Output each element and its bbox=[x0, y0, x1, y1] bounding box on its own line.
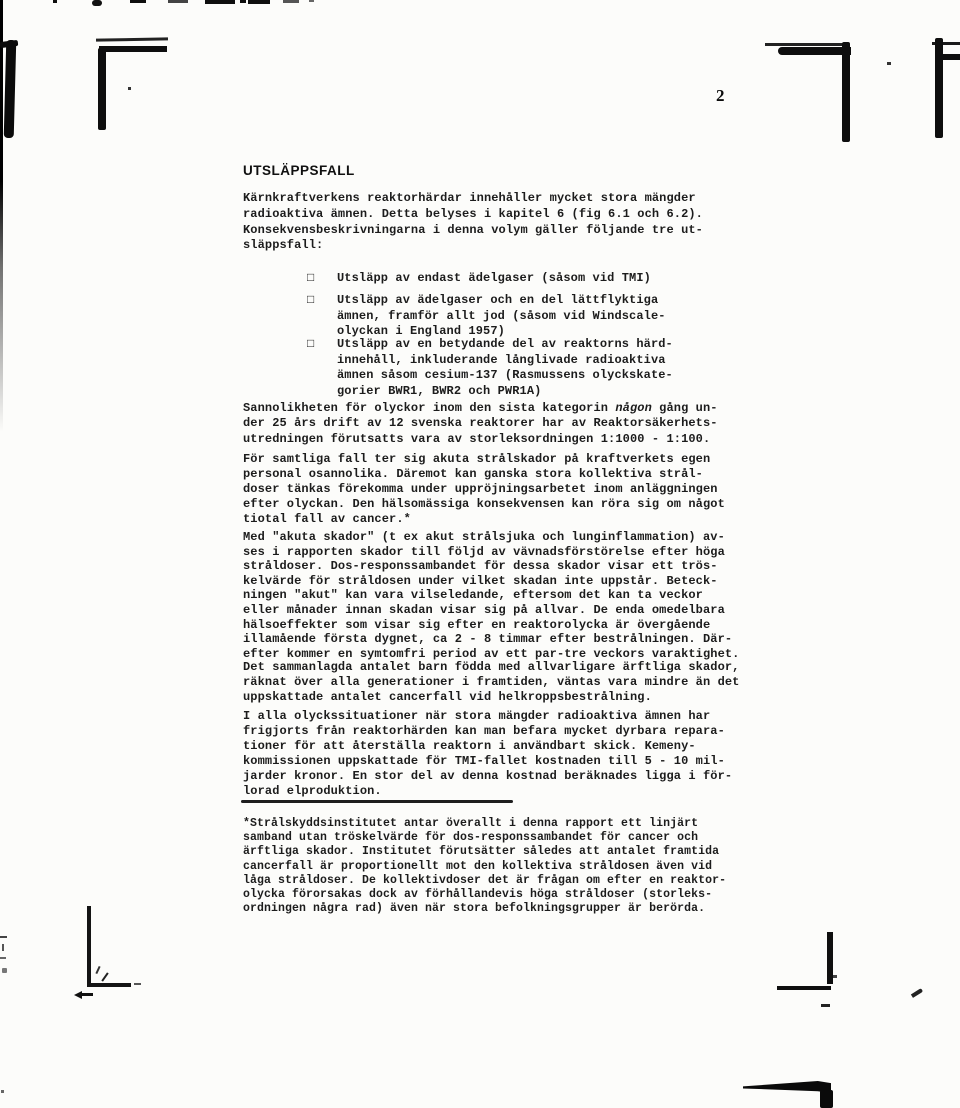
list-item: Utsläpp av ädelgaser och en del lättflyk… bbox=[337, 293, 666, 340]
scan-artifact-tick bbox=[101, 972, 108, 981]
scan-artifact-left-edge-line bbox=[0, 0, 3, 432]
corner-mark-top-right-horizontal-thin bbox=[765, 43, 847, 46]
scan-artifact-top-edge-blob bbox=[92, 0, 102, 6]
intro-paragraph: Kärnkraftverkens reaktorhärdar innehålle… bbox=[243, 191, 703, 254]
corner-mark-far-right-vertical bbox=[935, 38, 943, 138]
corner-mark-bottom-left-horizontal bbox=[87, 983, 131, 987]
bullet-square-icon: □ bbox=[307, 337, 314, 351]
scan-artifact-left-pen-mark bbox=[4, 40, 17, 138]
scan-artifact-dot bbox=[887, 62, 891, 65]
corner-mark-top-left-vertical bbox=[98, 48, 106, 130]
scan-artifact-top-edge-dash bbox=[283, 0, 299, 3]
scan-artifact-top-edge-dash bbox=[53, 0, 57, 3]
scan-artifact-top-edge-dash bbox=[130, 0, 146, 3]
scan-artifact-top-edge-dash bbox=[309, 0, 314, 2]
footnote-text: *Strålskyddsinstitutet antar överallt i … bbox=[243, 817, 726, 916]
corner-mark-top-right-horizontal bbox=[778, 47, 851, 55]
scan-artifact-arrow-tail bbox=[80, 993, 93, 996]
scan-artifact-top-edge-dash bbox=[168, 0, 188, 3]
scanned-document-page: 2 UTSLÄPPSFALL Kärnkraftverkens reaktorh… bbox=[0, 0, 960, 1108]
scan-artifact-left-edge-mark bbox=[0, 957, 6, 959]
scan-artifact-left-edge-mark bbox=[0, 936, 7, 938]
definition-paragraph: Med "akuta skador" (t ex akut strålsjuka… bbox=[243, 530, 739, 661]
bullet-square-icon: □ bbox=[307, 293, 314, 307]
page-title: UTSLÄPPSFALL bbox=[243, 163, 355, 178]
acute-injuries-paragraph: För samtliga fall ter sig akuta strålska… bbox=[243, 452, 725, 527]
corner-mark-bottom-right-horizontal bbox=[777, 986, 831, 990]
corner-mark-top-left-horizontal-thin bbox=[96, 37, 168, 41]
corner-mark-bottom-left-vertical bbox=[87, 906, 91, 986]
page-number: 2 bbox=[716, 86, 725, 106]
scan-artifact-bottom-thick-stroke-stub bbox=[820, 1090, 833, 1108]
footnote-divider bbox=[241, 800, 513, 803]
scan-artifact-tick bbox=[95, 966, 100, 974]
hereditary-effects-paragraph: Det sammanlagda antalet barn födda med a… bbox=[243, 660, 739, 705]
scan-artifact-top-edge-dash bbox=[205, 0, 235, 4]
scan-artifact-top-edge-dash bbox=[248, 0, 270, 4]
bullet-square-icon: □ bbox=[307, 271, 314, 285]
scan-artifact-left-edge-mark bbox=[1, 1090, 4, 1093]
cost-paragraph: I alla olyckssituationer när stora mängd… bbox=[243, 709, 732, 799]
scan-artifact-dash bbox=[821, 1004, 830, 1007]
paragraph-text: Sannolikheten för olyckor inom den sista… bbox=[243, 401, 615, 415]
italic-word: någon bbox=[615, 401, 652, 415]
scan-artifact-arrow-icon bbox=[911, 988, 923, 998]
probability-paragraph: Sannolikheten för olyckor inom den sista… bbox=[243, 401, 718, 447]
scan-artifact-bottom-thick-stroke bbox=[743, 1081, 831, 1093]
scan-artifact-dash bbox=[134, 983, 141, 985]
list-item: Utsläpp av en betydande del av reaktorns… bbox=[337, 337, 673, 399]
scan-artifact-tick bbox=[833, 975, 837, 978]
scan-artifact-left-edge-mark bbox=[2, 968, 7, 973]
corner-mark-top-right-vertical bbox=[842, 42, 850, 142]
scan-artifact-left-edge-mark bbox=[2, 944, 4, 951]
scan-artifact-top-edge-dash bbox=[240, 0, 246, 3]
corner-mark-top-left-horizontal bbox=[99, 46, 167, 52]
list-item: Utsläpp av endast ädelgaser (såsom vid T… bbox=[337, 271, 651, 287]
scan-artifact-dot bbox=[128, 87, 131, 90]
